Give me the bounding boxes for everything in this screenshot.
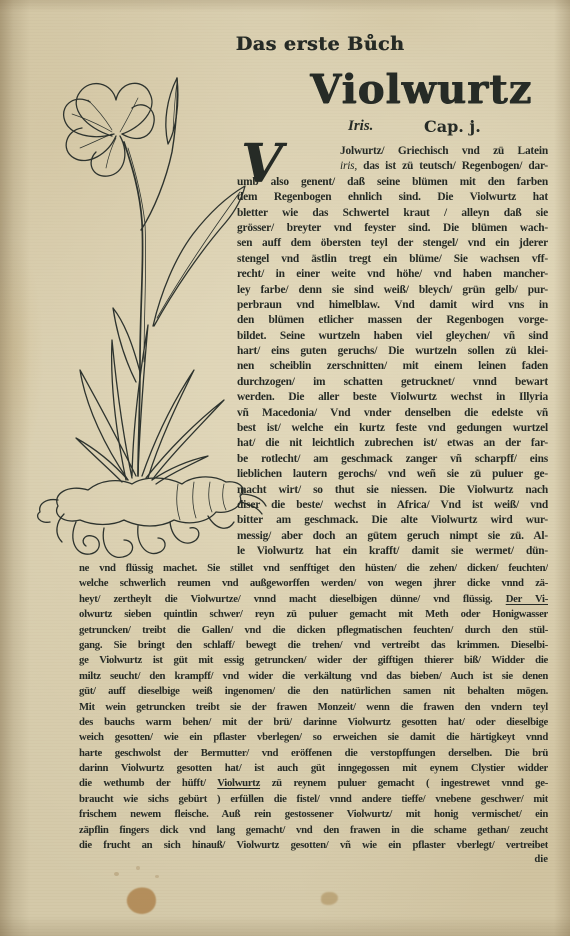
chapter-title: Violwurtz bbox=[310, 68, 522, 112]
text-segment: Jolwurtz/ Griechisch vnd zü Latein bbox=[340, 145, 548, 157]
text-line: messig/ aber doch an gütem geruch nimpt … bbox=[237, 529, 548, 544]
text-segment: güt/ auff dieselbige weiß ingenomen/ die… bbox=[79, 685, 548, 697]
text-line: die wethumb der hüfft/ Violwurtz zü reyn… bbox=[79, 776, 548, 791]
text-segment: darinn Violwurtz gesotten hat/ ist auch … bbox=[79, 762, 548, 774]
paper-stain bbox=[321, 892, 338, 905]
text-segment: recht/ in einer weite vnd höhe/ vnd habe… bbox=[237, 268, 548, 280]
paper-speck bbox=[136, 866, 140, 870]
text-segment: harte geschwolst der Bermutter/ vnd eröf… bbox=[79, 747, 548, 759]
text-line: werden. Die aller beste Violwurtz wechst… bbox=[237, 390, 548, 405]
text-line: lieblichen lautern gerochs/ vnd weñ sie … bbox=[237, 467, 548, 482]
text-line: miltz seucht/ den krampff/ vnd wider die… bbox=[79, 669, 548, 684]
text-line: bitter am geschmack. Die alte Violwurtz … bbox=[237, 513, 548, 528]
text-segment: olwurtz sieben quintlin schwer/ reyn zü … bbox=[79, 608, 548, 620]
text-segment: best ist/ welche ein kurtz feste vnd ged… bbox=[237, 422, 548, 434]
text-segment: dem Regenbogen ehnlich sind. Die Violwur… bbox=[237, 191, 548, 203]
iris-bud bbox=[141, 78, 178, 230]
iris-flower bbox=[64, 83, 155, 176]
body-text-column: Jolwurtz/ Griechisch vnd zü Lateiniris, … bbox=[237, 144, 548, 560]
running-header: Das erste Bůch bbox=[170, 33, 470, 55]
text-line: best ist/ welche ein kurtz feste vnd ged… bbox=[237, 421, 548, 436]
text-segment: braucht wie sichs gebürt ) erfüllen die … bbox=[79, 793, 548, 805]
text-line: perbraun vnd himelblaw. Vnd damit wird v… bbox=[237, 298, 548, 313]
text-segment: den blümen etlicher massen der Regenboge… bbox=[237, 314, 548, 326]
text-line: die frucht an sich hinauß/ Violwurtz ges… bbox=[79, 838, 548, 853]
text-segment: die wethumb der hüfft/ bbox=[79, 777, 217, 789]
text-line: durchzogen/ im schatten getrucknet/ vnnd… bbox=[237, 375, 548, 390]
text-segment: sen auff dem öbersten teyl der stengel/ … bbox=[237, 237, 548, 249]
text-line: bletter wie das Schwertel kraut / alleyn… bbox=[237, 206, 548, 221]
text-segment: iris, bbox=[340, 160, 357, 172]
text-segment: werden. Die aller beste Violwurtz wechst… bbox=[237, 391, 548, 403]
catchword: die bbox=[400, 853, 548, 865]
text-line: diser die beste/ wechst in Africa/ Vnd i… bbox=[237, 498, 548, 513]
text-line: stengel vnd ästlin tregt ein blüme/ Sie … bbox=[237, 252, 548, 267]
text-segment: weich gesotten/ wie ein pflaster vberleg… bbox=[79, 731, 548, 743]
text-segment: stengel vnd ästlin tregt ein blüme/ Sie … bbox=[237, 253, 548, 265]
text-line: iris, das ist zü teutsch/ Regenbogen/ da… bbox=[237, 159, 548, 174]
paper-stain bbox=[124, 883, 160, 918]
text-segment: bitter am geschmack. Die alte Violwurtz … bbox=[237, 514, 548, 526]
text-line: braucht wie sichs gebürt ) erfüllen die … bbox=[79, 792, 548, 807]
text-line: hart/ eins guten geruchs/ Die wurtzeln s… bbox=[237, 344, 548, 359]
text-segment: durchzogen/ im schatten getrucknet/ vnnd… bbox=[237, 376, 548, 388]
chapter-number-label: Cap. j. bbox=[424, 117, 504, 136]
text-segment: die frucht an sich hinauß/ Violwurtz ges… bbox=[79, 839, 548, 851]
text-segment: macht wirt/ so thut sie niessen. Die Vio… bbox=[237, 484, 548, 496]
text-segment: hart/ eins guten geruchs/ Die wurtzeln s… bbox=[237, 345, 548, 357]
text-line: vñ Macedonia/ Vnd vnder denselben die ed… bbox=[237, 406, 548, 421]
text-line: frischem newem fleische. Auß rein gestos… bbox=[79, 807, 548, 822]
text-line: des bauchs warm behen/ mit der brü/ dari… bbox=[79, 715, 548, 730]
sheath-leaf bbox=[113, 308, 140, 382]
text-line: nen scheiblin zerschnitten/ mit einem le… bbox=[237, 359, 548, 374]
text-line: umb also genent/ daß seine blümen mit de… bbox=[237, 175, 548, 190]
text-segment: Mit wein getruncken treibt sie der frawe… bbox=[79, 701, 548, 713]
text-segment: hat/ die nit leichtlich zubrechen ist/ e… bbox=[237, 437, 548, 449]
text-line: ne vnd flüssig machet. Sie stillet vnd s… bbox=[79, 561, 548, 576]
text-segment: messig/ aber doch an gütem geruch nimpt … bbox=[237, 530, 548, 542]
body-text-full-width: ne vnd flüssig machet. Sie stillet vnd s… bbox=[79, 561, 548, 853]
page-edge-shadow-top bbox=[0, 0, 570, 12]
paper-speck bbox=[114, 872, 119, 876]
underlined-keyword: Violwurtz bbox=[217, 777, 260, 789]
text-line: weich gesotten/ wie ein pflaster vberleg… bbox=[79, 730, 548, 745]
text-line: recht/ in einer weite vnd höhe/ vnd habe… bbox=[237, 267, 548, 282]
text-line: darinn Violwurtz gesotten hat/ ist auch … bbox=[79, 761, 548, 776]
iris-rhizome bbox=[38, 477, 266, 557]
text-line: zäpflin fingers dick vnd lang gemacht/ v… bbox=[79, 823, 548, 838]
text-segment: diser die beste/ wechst in Africa/ Vnd i… bbox=[237, 499, 548, 511]
text-segment: umb also genent/ daß seine blümen mit de… bbox=[237, 176, 548, 188]
text-segment: vñ Macedonia/ Vnd vnder denselben die ed… bbox=[237, 407, 548, 419]
upper-leaf bbox=[153, 186, 245, 326]
book-page: Das erste Bůch Violwurtz Iris. Cap. j. bbox=[0, 0, 570, 936]
text-segment: getruncken/ treibt die Gallen/ vnd die d… bbox=[79, 624, 548, 636]
page-edge-shadow-right bbox=[554, 0, 570, 936]
text-segment: ge Violwurtz ist güt mit essig getruncke… bbox=[79, 654, 548, 666]
text-line: le Violwurtz hat ein krafft/ damit sie w… bbox=[237, 544, 548, 559]
text-line: gang. Sie bringt den schlaff/ bewegt die… bbox=[79, 638, 548, 653]
text-segment: ley farbe/ denn sie sind weiß/ bleych/ g… bbox=[237, 284, 548, 296]
text-line: grösser/ breyter vnd feyster sind. Die b… bbox=[237, 221, 548, 236]
text-segment: miltz seucht/ den krampff/ vnd wider die… bbox=[79, 670, 548, 682]
text-segment: zü reynem puluer gemacht ( ingestrewet v… bbox=[260, 777, 548, 789]
underlined-keyword: Der Vi- bbox=[506, 593, 548, 605]
text-segment: zäpflin fingers dick vnd lang gemacht/ v… bbox=[79, 824, 548, 836]
text-segment: le Violwurtz hat ein krafft/ damit sie w… bbox=[237, 545, 548, 557]
text-line: be rotlecht/ am geschmack zanger vñ scha… bbox=[237, 452, 548, 467]
text-segment: des bauchs warm behen/ mit der brü/ dari… bbox=[79, 716, 548, 728]
text-line: den blümen etlicher massen der Regenboge… bbox=[237, 313, 548, 328]
text-line: Jolwurtz/ Griechisch vnd zü Latein bbox=[237, 144, 548, 159]
text-line: ge Violwurtz ist güt mit essig getruncke… bbox=[79, 653, 548, 668]
page-edge-shadow-left bbox=[0, 0, 30, 936]
text-line: getruncken/ treibt die Gallen/ vnd die d… bbox=[79, 623, 548, 638]
text-line: harte geschwolst der Bermutter/ vnd eröf… bbox=[79, 746, 548, 761]
text-segment: gang. Sie bringt den schlaff/ bewegt die… bbox=[79, 639, 548, 651]
text-segment: heyt/ zertheylt die Violwurtze/ vnnd mac… bbox=[79, 593, 506, 605]
text-line: welche schwerlich reumen vnd außgeworffe… bbox=[79, 576, 548, 591]
text-line: hat/ die nit leichtlich zubrechen ist/ e… bbox=[237, 436, 548, 451]
text-line: olwurtz sieben quintlin schwer/ reyn zü … bbox=[79, 607, 548, 622]
text-line: macht wirt/ so thut sie niessen. Die Vio… bbox=[237, 483, 548, 498]
basal-leaves bbox=[76, 325, 224, 484]
text-segment: frischem newem fleische. Auß rein gestos… bbox=[79, 808, 548, 820]
text-line: bildet. Seine wurtzeln haben viel gleych… bbox=[237, 329, 548, 344]
text-segment: perbraun vnd himelblaw. Vnd damit wird v… bbox=[237, 299, 548, 311]
text-line: ley farbe/ denn sie sind weiß/ bleych/ g… bbox=[237, 283, 548, 298]
text-segment: bletter wie das Schwertel kraut / alleyn… bbox=[237, 207, 548, 219]
text-segment: das ist zü teutsch/ Regenbogen/ dar- bbox=[357, 160, 548, 172]
latin-name-label: Iris. bbox=[348, 118, 408, 135]
text-segment: lieblichen lautern gerochs/ vnd weñ sie … bbox=[237, 468, 548, 480]
text-line: güt/ auff dieselbige weiß ingenomen/ die… bbox=[79, 684, 548, 699]
text-line: heyt/ zertheylt die Violwurtze/ vnnd mac… bbox=[79, 592, 548, 607]
text-segment: grösser/ breyter vnd feyster sind. Die b… bbox=[237, 222, 548, 234]
text-line: dem Regenbogen ehnlich sind. Die Violwur… bbox=[237, 190, 548, 205]
text-segment: be rotlecht/ am geschmack zanger vñ scha… bbox=[237, 453, 548, 465]
text-segment: nen scheiblin zerschnitten/ mit einem le… bbox=[237, 360, 548, 372]
text-line: Mit wein getruncken treibt sie der frawe… bbox=[79, 700, 548, 715]
text-segment: bildet. Seine wurtzeln haben viel gleych… bbox=[237, 330, 548, 342]
paper-speck bbox=[155, 875, 159, 878]
page-edge-shadow-bottom bbox=[0, 916, 570, 936]
text-segment: ne vnd flüssig machet. Sie stillet vnd s… bbox=[79, 562, 548, 574]
text-segment: welche schwerlich reumen vnd außgeworffe… bbox=[79, 577, 548, 589]
text-line: sen auff dem öbersten teyl der stengel/ … bbox=[237, 236, 548, 251]
